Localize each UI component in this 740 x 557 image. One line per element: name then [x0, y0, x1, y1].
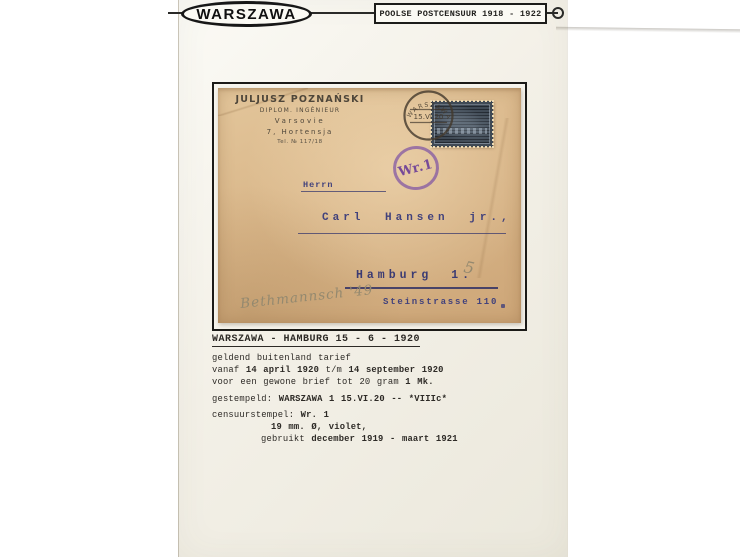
censor-label: Wr.1: [397, 156, 435, 179]
address-city: Hamburg 1.: [356, 269, 473, 282]
caption-title: WARSZAWA - HAMBURG 15 - 6 - 1920: [212, 334, 420, 347]
caption-segment-bold: 14 april 1920: [246, 365, 319, 375]
caption-rate-line: voor een gewone brief tot 20 gram 1 Mk.: [212, 376, 542, 388]
sender-city: Varsovie: [234, 117, 366, 125]
envelope: JULJUSZ POZNAŃSKI DIPLOM. INGÉNIEUR Vars…: [218, 88, 521, 323]
caption-segment: censuurstempel:: [212, 410, 301, 420]
sender-street: 7, Hortensja: [234, 128, 366, 136]
caption-segment-bold: 1 Mk.: [405, 377, 433, 387]
address-underline: [301, 191, 386, 192]
address-recipient: Carl Hansen jr.,: [322, 212, 512, 224]
caption-validity-line: vanaf 14 april 1920 t/m 14 september 192…: [212, 364, 542, 376]
ink-blot: [501, 304, 505, 308]
caption-segment: voor een gewone brief tot 20 gram: [212, 377, 405, 387]
warszawa-title-label: WARSZAWA: [196, 6, 296, 23]
caption-segment-bold: 19 mm. Ø, violet,: [271, 422, 367, 432]
postmark-date-text: 15.VI.20: [414, 112, 444, 121]
caption-block: WARSZAWA - HAMBURG 15 - 6 - 1920 geldend…: [212, 334, 542, 445]
address-underline: [298, 233, 506, 234]
caption-segment: vanaf: [212, 365, 246, 375]
sender-phone: Tel. № 117/18: [234, 139, 366, 145]
address-salutation: Herrn: [303, 180, 334, 190]
caption-censor-line: censuurstempel: Wr. 1: [212, 409, 542, 421]
caption-censor-size-line: 19 mm. Ø, violet,: [212, 421, 542, 433]
caption-usage-line: gebruikt december 1919 - maart 1921: [212, 433, 542, 445]
sender-address-block: JULJUSZ POZNAŃSKI DIPLOM. INGÉNIEUR Vars…: [234, 94, 366, 145]
album-page-photo: WARSZAWA POOLSE POSTCENSUUR 1918 - 1922 …: [0, 0, 740, 557]
censor-handstamp: Wr.1: [390, 142, 443, 193]
sender-profession: DIPLOM. INGÉNIEUR: [234, 107, 366, 114]
caption-segment-bold: december 1919 - maart 1921: [311, 434, 457, 444]
address-street: Steinstrasse 110: [383, 297, 498, 307]
sender-name: JULJUSZ POZNAŃSKI: [234, 94, 366, 105]
caption-segment-bold: WARSZAWA 1 15.VI.20 -- *VIIIc*: [279, 394, 447, 404]
censorship-period-label: POOLSE POSTCENSUUR 1918 - 1922: [379, 9, 541, 19]
warszawa-title-oval: WARSZAWA: [181, 1, 312, 27]
caption-segment: gestempeld:: [212, 394, 279, 404]
caption-segment: gebruikt: [261, 434, 311, 444]
page-edge-line: [556, 27, 740, 34]
caption-tariff-line: geldend buitenland tarief: [212, 352, 542, 364]
header-rule-end-ring: [552, 7, 564, 19]
caption-segment-bold: 14 september 1920: [349, 365, 444, 375]
postmark-cancel: WARSZAWA 15.VI.20: [401, 88, 456, 143]
caption-segment: t/m: [319, 365, 348, 375]
caption-title-line: WARSZAWA - HAMBURG 15 - 6 - 1920: [212, 334, 542, 346]
caption-postmark-line: gestempeld: WARSZAWA 1 15.VI.20 -- *VIII…: [212, 393, 542, 405]
censorship-period-box: POOLSE POSTCENSUUR 1918 - 1922: [374, 3, 547, 24]
caption-segment-bold: Wr. 1: [301, 410, 329, 420]
pencil-annotation: Bethmannsch '49: [240, 282, 375, 312]
